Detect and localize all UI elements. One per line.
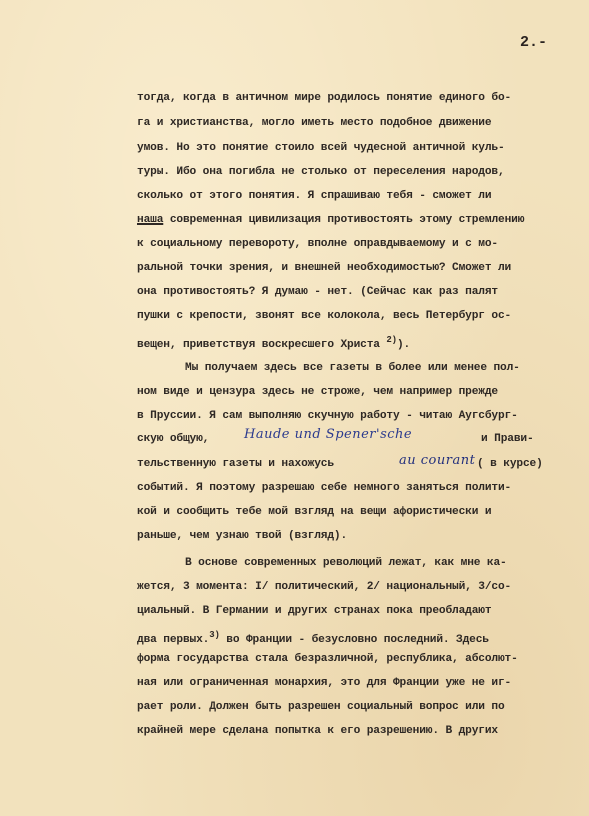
document-page: 2.- тогда, когда в античном мире родилос… [0, 0, 589, 816]
text-line: в Пруссии. Я сам выполняю скучную работу… [137, 408, 518, 424]
text-line: крайней мере сделана попытка к его разре… [137, 723, 498, 739]
footnote-marker: 3) [209, 630, 220, 640]
text-line: умов. Но это понятие стоило всей чудесно… [137, 140, 505, 156]
text-line: рает роли. Должен быть разрешен социальн… [137, 699, 505, 715]
text-span: тельственную газеты и нахожусь [137, 458, 334, 470]
handwritten-annotation: au courant [399, 453, 475, 469]
text-span: ( в курсе) [477, 456, 543, 472]
text-span: вещен, приветствуя воскресшего Христа [137, 339, 386, 351]
text-line: к социальному перевороту, вполне оправды… [137, 236, 498, 252]
text-line: скую общую,Haude und Spener'scheи Прави- [137, 431, 209, 447]
text-line: туры. Ибо она погибла не столько от пере… [137, 164, 505, 180]
text-line: кой и сообщить тебе мой взгляд на вещи а… [137, 504, 491, 520]
text-line: наша современная цивилизация противостоя… [137, 212, 524, 228]
text-line: В основе современных революций лежат, ка… [185, 555, 507, 571]
text-line: жется, 3 момента: I/ политический, 2/ на… [137, 579, 511, 595]
handwritten-annotation: Haude und Spener'sche [244, 427, 412, 443]
text-line: тельственную газеты и нахожусьau courant… [137, 456, 334, 472]
text-line: пушки с крепости, звонят все колокола, в… [137, 308, 511, 324]
underlined-word: наша [137, 214, 163, 226]
text-line: сколько от этого понятия. Я спрашиваю те… [137, 188, 491, 204]
text-span: современная цивилизация противостоять эт… [163, 214, 524, 226]
text-line: ная или ограниченная монархия, это для Ф… [137, 675, 511, 691]
footnote-marker: 2) [386, 335, 397, 345]
text-line: циальный. В Германии и других странах по… [137, 603, 491, 619]
text-line: раньше, чем узнаю твой (взгляд). [137, 528, 347, 544]
text-span: скую общую, [137, 433, 209, 445]
text-span: ). [397, 339, 410, 351]
text-line: тогда, когда в античном мире родилось по… [137, 90, 511, 106]
text-line: она противостоять? Я думаю - нет. (Сейча… [137, 284, 498, 300]
text-span: во Франции - безусловно последний. Здесь [220, 634, 489, 646]
text-line: два первых.3) во Франции - безусловно по… [137, 627, 489, 643]
text-span: и Прави- [481, 431, 534, 447]
page-number: 2.- [520, 34, 547, 51]
text-line: га и христианства, могло иметь место под… [137, 115, 491, 131]
text-line: событий. Я поэтому разрешаю себе немного… [137, 480, 511, 496]
text-line: ном виде и цензура здесь не строже, чем … [137, 384, 498, 400]
text-line: вещен, приветствуя воскресшего Христа 2)… [137, 332, 410, 348]
text-line: ральной точки зрения, и внешней необходи… [137, 260, 511, 276]
text-line: форма государства стала безразличной, ре… [137, 651, 518, 667]
text-span: два первых. [137, 634, 209, 646]
text-line: Мы получаем здесь все газеты в более или… [185, 360, 520, 376]
